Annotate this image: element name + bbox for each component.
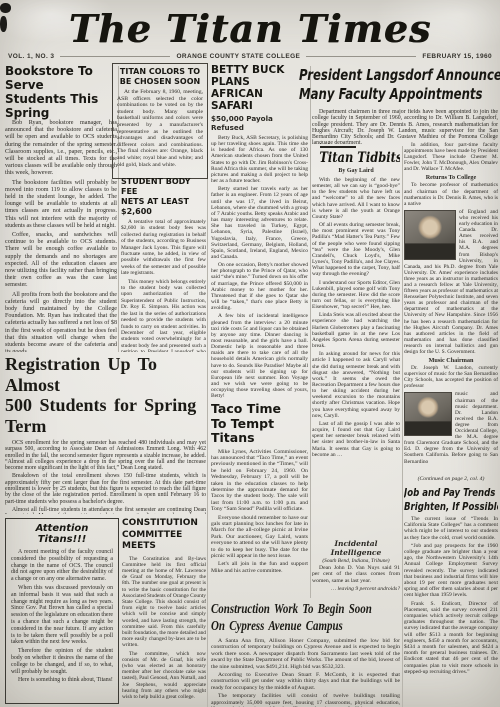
paragraph: The bookstore facilities will probably b… — [5, 180, 117, 230]
headline-incidental: Incidental Intelligence — [312, 539, 400, 557]
article-body: To become professor of mathematics and c… — [404, 182, 498, 355]
article-body: Betty Buck, ASB Secretary, is polishing … — [211, 135, 308, 400]
article-body: Bob Ryan, bookstore manager, has announc… — [5, 120, 117, 352]
paragraph: The temporary facilities will consist of… — [211, 693, 400, 707]
paragraph: Dr. Joseph W. Landon, currently supervis… — [404, 365, 498, 389]
paragraph: I understand our Sports Editor, Glen Luk… — [312, 280, 400, 311]
paragraph: A recent meeting of the faculty council … — [11, 549, 113, 583]
paragraph: Frank S. Endicott, Director of Placement… — [404, 601, 498, 675]
article-body: OCS enrollment for the spring semester h… — [5, 440, 206, 514]
paragraph: Let's all join in the fun and support Mi… — [211, 561, 308, 574]
paragraph: Breakdown of the total enrollment shows … — [5, 473, 206, 504]
photo-dr-ames — [404, 210, 456, 260]
section-rule — [320, 146, 356, 148]
article-langsdorf-continued: In addition, four part-time faculty appo… — [404, 142, 498, 474]
paragraph: Linda Steis was all excited about the ex… — [312, 312, 400, 349]
paragraph: “Job and pay prospects for the 1960 coll… — [404, 543, 498, 599]
paragraph: All profits from both the bookstore and … — [5, 292, 117, 352]
paragraph: At the February 8, 1960, meeting, ASB of… — [117, 89, 203, 168]
article-langsdorf-intro: Department chairmen in three major field… — [312, 109, 498, 144]
article-student-fee: STUDENT BODY FEE NETS AT LEAST $2,600 A … — [121, 177, 206, 352]
article-body: A recent meeting of the faculty council … — [11, 549, 113, 684]
paragraph: Here is something to think about, Titans… — [11, 677, 113, 684]
paragraph: Mike Lynes, Activities Commissioner, has… — [211, 449, 308, 513]
article-body: In addition, four part-time faculty appo… — [404, 142, 498, 172]
paragraph: Almost all full-time students in attenda… — [5, 507, 206, 514]
dateline-rule — [306, 56, 416, 57]
paragraph: Everyone should remember to have our gal… — [211, 515, 308, 560]
volume-number: VOL. 1, NO. 3 — [8, 53, 54, 60]
paragraph: music and chairman of the music departme… — [404, 391, 498, 464]
dateline-rule — [60, 56, 170, 57]
article-body: Dr. Joseph W. Landon, currently supervis… — [404, 365, 498, 465]
article-titan-colors: TITAN COLORS TO BE CHOSEN SOON At the Fe… — [112, 63, 208, 179]
paragraph: In addition, four part-time faculty appo… — [404, 142, 498, 172]
headline-student-fee: STUDENT BODY FEE NETS AT LEAST $2,600 — [121, 177, 206, 217]
paragraph: The current issue of “Trends In Californ… — [404, 516, 498, 541]
article-body: Dean John D. Van Nuys said 91 per cent o… — [312, 565, 400, 584]
attribution: (South Bend, Indiana, Tribune) — [312, 558, 400, 564]
dateline: VOL. 1, NO. 3 ORANGE COUNTY STATE COLLEG… — [8, 51, 492, 61]
article-body: Mike Lynes, Activities Commissioner, has… — [211, 449, 308, 575]
paragraph: The committee, which now consists of Mr.… — [122, 651, 206, 701]
headline-registration: Registration Up To Almost 500 Students f… — [5, 354, 206, 436]
college-name: ORANGE COUNTY STATE COLLEGE — [176, 53, 300, 60]
article-incidental-intelligence: Incidental Intelligence (South Bend, Ind… — [312, 539, 400, 598]
headline-taco-time: Taco Time To Tempt Titans — [211, 402, 308, 446]
paragraph: When this was discussed previously on an… — [11, 585, 113, 646]
paragraph: With the beginning of the new semester, … — [312, 177, 400, 220]
headline-betty-buck: BETTY BUCK PLANS AFRICAN SAFARI — [211, 64, 308, 112]
tagline: … leaving 9 percent androids? — [312, 586, 400, 592]
paragraph: of England and who received his early ed… — [404, 209, 498, 355]
article-bookstore: Bookstore To Serve Students This Spring … — [5, 64, 117, 352]
photo-dr-landon — [404, 392, 452, 436]
paragraph: According to Executive Dean Stuart F. Mc… — [211, 672, 400, 691]
article-body: The Constitution and By-laws Committee h… — [122, 556, 206, 701]
headline-construction: Construction Work To Begin Soon On Cypre… — [211, 602, 400, 635]
continued-notice: (Continued on page 2, col. 4) — [404, 476, 498, 482]
paragraph: Last of all the gossip I was able to acq… — [312, 421, 400, 458]
article-body: A Santa Ana firm, Allison Honer Company,… — [211, 638, 400, 707]
newspaper-front-page: The Titan Times VOL. 1, NO. 3 ORANGE COU… — [0, 0, 500, 707]
article-body: A tentative total of approximately $2,60… — [121, 219, 206, 352]
paragraph: A tentative total of approximately $2,60… — [121, 219, 206, 277]
paragraph: A few bits of incidental intelligence gl… — [211, 313, 308, 399]
headline-langsdorf: President Langsdorf Announces Many Facul… — [299, 66, 500, 108]
article-body: At the February 8, 1960, meeting, ASB of… — [117, 89, 203, 168]
paragraph: Betty Buck, ASB Secretary, is polishing … — [211, 135, 308, 184]
paragraph: In asking around for news for this artic… — [312, 351, 400, 419]
column-rule — [402, 146, 403, 707]
article-taco-time: Taco Time To Tempt Titans Mike Lynes, Ac… — [211, 402, 308, 598]
paragraph: Therefore the opinion of the student bod… — [11, 648, 113, 675]
subhead-payola: $50,000 Payola Refused — [211, 114, 308, 132]
headline-titan-tidbits: Titan Tidbits — [312, 150, 400, 166]
masthead-title: The Titan Times — [0, 6, 500, 50]
article-job-trends: Job and Pay Trends Brighten, If Possible… — [404, 486, 498, 707]
issue-date: FEBRUARY 15, 1960 — [422, 53, 492, 60]
article-construction: Construction Work To Begin Soon On Cypre… — [211, 602, 400, 707]
headline-job-trends: Job and Pay Trends Brighten, If Possible — [404, 486, 498, 513]
article-registration: Registration Up To Almost 500 Students f… — [5, 354, 206, 514]
headline-titan-colors: TITAN COLORS TO BE CHOSEN SOON — [117, 67, 203, 86]
paragraph: Department chairmen in three major field… — [312, 109, 498, 144]
headline-constitution: CONSTITUTION COMMITTEE MEETS — [122, 518, 206, 553]
byline-gay-laird: By Gay Laird — [312, 168, 400, 174]
article-body: With the beginning of the new semester, … — [312, 177, 400, 458]
paragraph: The Constitution and By-laws Committee h… — [122, 556, 206, 649]
headline-bookstore: Bookstore To Serve Students This Spring — [5, 64, 117, 120]
paragraph: On one occasion, Betty's mother showed h… — [211, 262, 308, 311]
paragraph: This money which belongs entirely to the… — [121, 279, 206, 352]
article-betty-buck: BETTY BUCK PLANS AFRICAN SAFARI $50,000 … — [211, 64, 308, 400]
paragraph: Coffee, snacks, and sandwiches will cont… — [5, 232, 117, 290]
paragraph: Dean John D. Van Nuys said 91 per cent o… — [312, 565, 400, 584]
paragraph: To become professor of mathematics and c… — [404, 182, 498, 206]
paragraph: A Santa Ana firm, Allison Honer Company,… — [211, 638, 400, 670]
article-attention-titans: Attention Titans!!! A recent meeting of … — [5, 518, 119, 704]
paragraph: OCS enrollment for the spring semester h… — [5, 440, 206, 471]
article-constitution: CONSTITUTION COMMITTEE MEETS The Constit… — [122, 518, 206, 707]
article-titan-tidbits: Titan Tidbits By Gay Laird With the begi… — [312, 150, 400, 537]
headline-attention-titans: Attention Titans!!! — [11, 523, 113, 545]
column-rule — [310, 66, 311, 598]
paragraph: Betty started her travels early as her f… — [211, 186, 308, 260]
subhead-music-chairman: Music Chairman — [404, 357, 498, 364]
article-body: The current issue of “Trends In Californ… — [404, 516, 498, 675]
subhead-returns-to-college: Returns To College — [404, 174, 498, 181]
paragraph: Of all events during semester break, the… — [312, 222, 400, 277]
paragraph: Bob Ryan, bookstore manager, has announc… — [5, 120, 117, 178]
